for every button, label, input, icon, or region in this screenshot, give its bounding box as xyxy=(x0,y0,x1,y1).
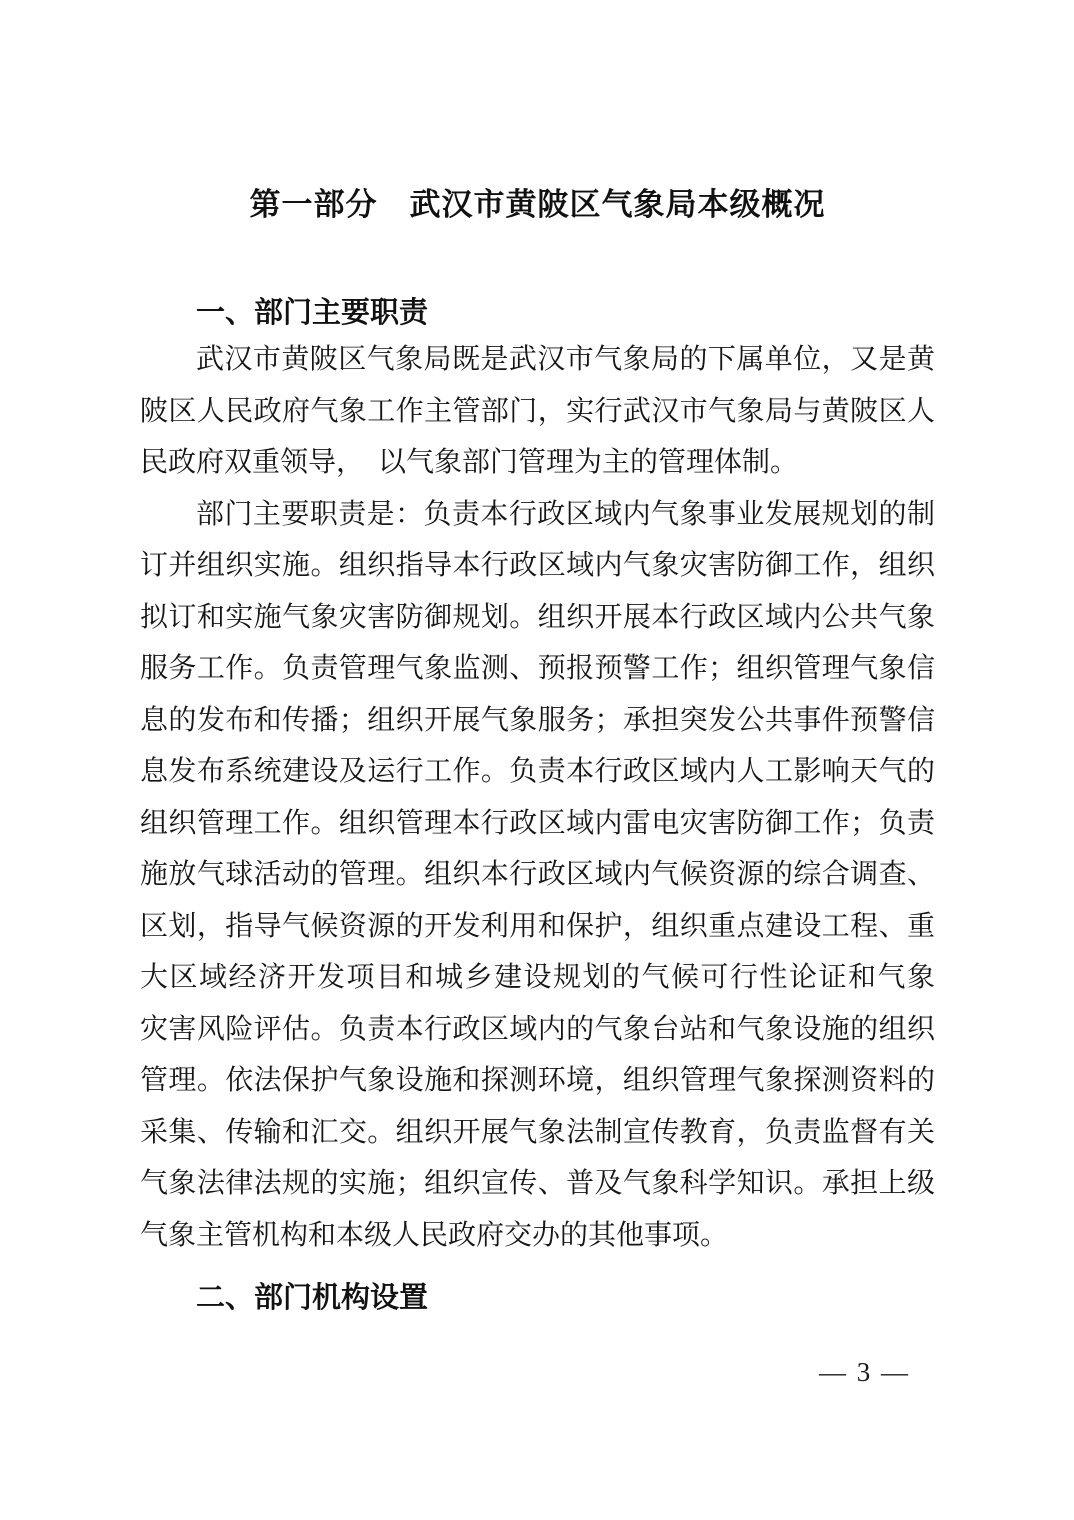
page-number: — 3 — xyxy=(819,1352,910,1392)
section-heading-2: 二、部门机构设置 xyxy=(140,1277,935,1319)
page-title: 第一部分 武汉市黄陂区气象局本级概况 xyxy=(140,182,935,228)
body-line: 民政府双重领导， 以气象部门管理为主的管理体制。 xyxy=(140,437,935,489)
body-line: 气象法律法规的实施；组织宣传、普及气象科学知识。承担上级 xyxy=(140,1158,935,1210)
body-line: 管理。依法保护气象设施和探测环境，组织管理气象探测资料的 xyxy=(140,1055,935,1107)
body-line: 拟订和实施气象灾害防御规划。组织开展本行政区域内公共气象 xyxy=(140,592,935,644)
body-line: 灾害风险评估。负责本行政区域内的气象台站和气象设施的组织 xyxy=(140,1004,935,1056)
body-line: 息发布系统建设及运行工作。负责本行政区域内人工影响天气的 xyxy=(140,746,935,798)
body-line: 订并组织实施。组织指导本行政区域内气象灾害防御工作，组织 xyxy=(140,540,935,592)
body-line: 气象主管机构和本级人民政府交办的其他事项。 xyxy=(140,1210,935,1262)
body-line: 大区域经济开发项目和城乡建设规划的气候可行性论证和气象 xyxy=(140,952,935,1004)
section-heading-1: 一、部门主要职责 xyxy=(140,292,935,334)
document-page: 第一部分 武汉市黄陂区气象局本级概况 一、部门主要职责 武汉市黄陂区气象局既是武… xyxy=(0,0,1074,1520)
body-line: 服务工作。负责管理气象监测、预报预警工作；组织管理气象信 xyxy=(140,643,935,695)
body-line: 采集、传输和汇交。组织开展气象法制宣传教育，负责监督有关 xyxy=(140,1107,935,1159)
body-line: 部门主要职责是：负责本行政区域内气象事业发展规划的制 xyxy=(140,489,935,541)
body-line: 区划，指导气候资源的开发利用和保护，组织重点建设工程、重 xyxy=(140,901,935,953)
body-line: 武汉市黄陂区气象局既是武汉市气象局的下属单位，又是黄 xyxy=(140,334,935,386)
body-line: 陂区人民政府气象工作主管部门，实行武汉市气象局与黄陂区人 xyxy=(140,386,935,438)
body-line: 施放气球活动的管理。组织本行政区域内气候资源的综合调查、 xyxy=(140,849,935,901)
paragraph-2: 部门主要职责是：负责本行政区域内气象事业发展规划的制 订并组织实施。组织指导本行… xyxy=(140,489,935,1262)
document-content: 第一部分 武汉市黄陂区气象局本级概况 一、部门主要职责 武汉市黄陂区气象局既是武… xyxy=(140,0,935,1319)
body-line: 组织管理工作。组织管理本行政区域内雷电灾害防御工作；负责 xyxy=(140,798,935,850)
body-line: 息的发布和传播；组织开展气象服务；承担突发公共事件预警信 xyxy=(140,695,935,747)
paragraph-1: 武汉市黄陂区气象局既是武汉市气象局的下属单位，又是黄 陂区人民政府气象工作主管部… xyxy=(140,334,935,489)
